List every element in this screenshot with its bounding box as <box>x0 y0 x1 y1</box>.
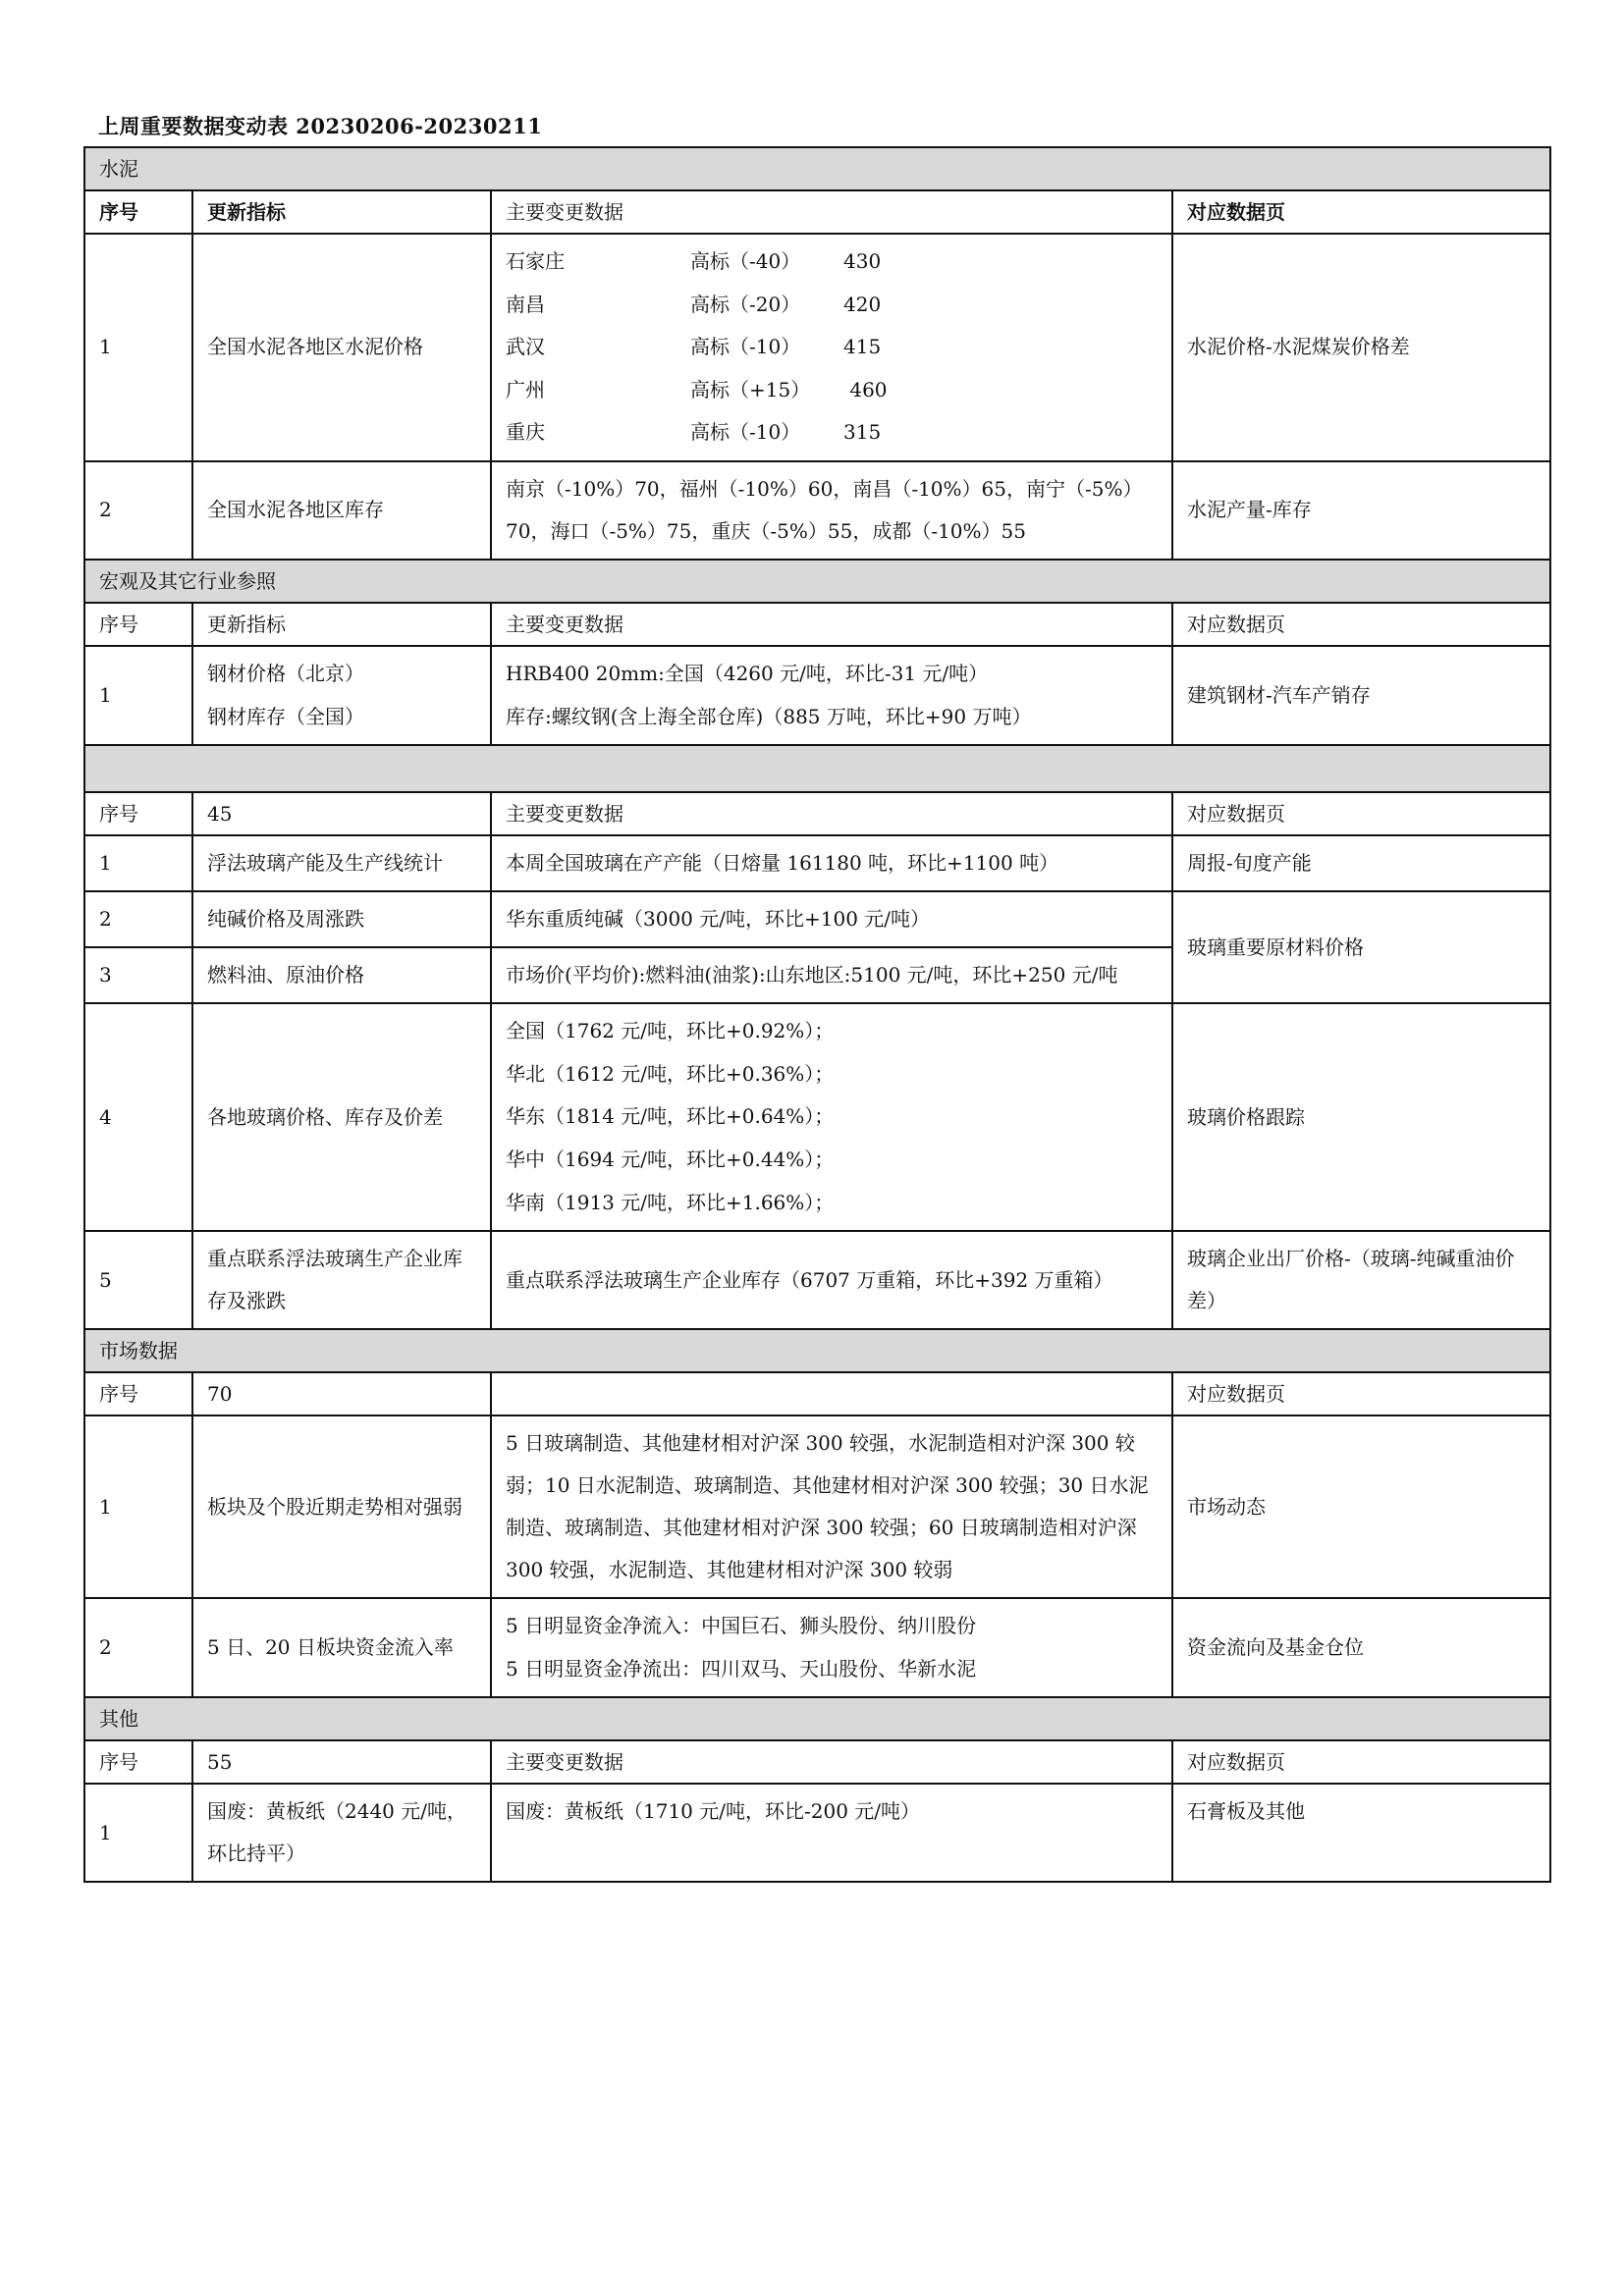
row-page: 市场动态 <box>1172 1415 1550 1598</box>
header-page: 对应数据页 <box>1172 792 1550 835</box>
data-line: 华北（1612 元/吨，环比+0.36%）； <box>506 1053 1158 1096</box>
row-indicator: 纯碱价格及周涨跌 <box>192 891 491 947</box>
section-title: 水泥 <box>84 147 1550 190</box>
city: 广州 <box>506 369 690 412</box>
row-page: 玻璃企业出厂价格-（玻璃-纯碱重油价差） <box>1172 1231 1550 1329</box>
table-row: 2 纯碱价格及周涨跌 华东重质纯碱（3000 元/吨，环比+100 元/吨） 玻… <box>84 891 1550 947</box>
row-indicator: 燃料油、原油价格 <box>192 947 491 1003</box>
grade-change: 高标（-10） <box>690 411 843 454</box>
row-indicator: 板块及个股近期走势相对强弱 <box>192 1415 491 1598</box>
row-no: 1 <box>84 646 192 745</box>
row-no: 3 <box>84 947 192 1003</box>
header-data: 主要变更数据 <box>491 190 1172 234</box>
city: 重庆 <box>506 411 690 454</box>
data-line: 全国（1762 元/吨，环比+0.92%）； <box>506 1010 1158 1053</box>
price: 415 <box>843 326 881 369</box>
row-no: 2 <box>84 1598 192 1697</box>
section-cement: 水泥 <box>84 147 1550 190</box>
price-item: 广州高标（+15） 460 <box>506 369 1158 412</box>
header-indicator: 45 <box>192 792 491 835</box>
row-data: 5 日明显资金净流入：中国巨石、狮头股份、纳川股份 5 日明显资金净流出：四川双… <box>491 1598 1172 1697</box>
row-page: 水泥产量-库存 <box>1172 461 1550 560</box>
table-row: 2 全国水泥各地区库存 南京（-10%）70，福州（-10%）60，南昌（-10… <box>84 461 1550 560</box>
header-indicator: 55 <box>192 1740 491 1784</box>
row-indicator: 浮法玻璃产能及生产线统计 <box>192 835 491 891</box>
data-line: 5 日明显资金净流入：中国巨石、狮头股份、纳川股份 <box>506 1605 1158 1648</box>
row-indicator: 重点联系浮法玻璃生产企业库存及涨跌 <box>192 1231 491 1329</box>
header-page: 对应数据页 <box>1172 603 1550 646</box>
row-page: 玻璃价格跟踪 <box>1172 1003 1550 1231</box>
row-data: 5 日玻璃制造、其他建材相对沪深 300 较强，水泥制造相对沪深 300 较弱；… <box>491 1415 1172 1598</box>
price-item: 南昌高标（-20）420 <box>506 284 1158 327</box>
section-title: 宏观及其它行业参照 <box>84 560 1550 603</box>
row-no: 1 <box>84 1784 192 1882</box>
row-page: 石膏板及其他 <box>1172 1784 1550 1882</box>
header-no: 序号 <box>84 190 192 234</box>
header-data <box>491 1372 1172 1415</box>
table-row: 2 5 日、20 日板块资金流入率 5 日明显资金净流入：中国巨石、狮头股份、纳… <box>84 1598 1550 1697</box>
data-line: 5 日明显资金净流出：四川双马、天山股份、华新水泥 <box>506 1648 1158 1691</box>
header-data: 主要变更数据 <box>491 603 1172 646</box>
header-no: 序号 <box>84 603 192 646</box>
row-indicator: 5 日、20 日板块资金流入率 <box>192 1598 491 1697</box>
section-title: 市场数据 <box>84 1329 1550 1372</box>
document-title: 上周重要数据变动表 20230206-20230211 <box>98 111 542 140</box>
price: 430 <box>843 240 881 284</box>
row-data: 南京（-10%）70，福州（-10%）60，南昌（-10%）65，南宁（-5%）… <box>491 461 1172 560</box>
header-row: 序号 70 对应数据页 <box>84 1372 1550 1415</box>
row-indicator: 全国水泥各地区水泥价格 <box>192 234 491 461</box>
row-data: 国废：黄板纸（1710 元/吨，环比-200 元/吨） <box>491 1784 1172 1882</box>
row-indicator: 各地玻璃价格、库存及价差 <box>192 1003 491 1231</box>
price-item: 重庆高标（-10）315 <box>506 411 1158 454</box>
header-no: 序号 <box>84 1372 192 1415</box>
indicator-line: 钢材价格（北京） <box>207 653 476 696</box>
row-data: 全国（1762 元/吨，环比+0.92%）； 华北（1612 元/吨，环比+0.… <box>491 1003 1172 1231</box>
header-no: 序号 <box>84 792 192 835</box>
table-row: 1 全国水泥各地区水泥价格 石家庄高标（-40）430 南昌高标（-20）420… <box>84 234 1550 461</box>
row-indicator: 钢材价格（北京） 钢材库存（全国） <box>192 646 491 745</box>
price: 420 <box>843 284 881 327</box>
row-page: 资金流向及基金仓位 <box>1172 1598 1550 1697</box>
row-page: 建筑钢材-汽车产销存 <box>1172 646 1550 745</box>
data-line: 华中（1694 元/吨，环比+0.44%）； <box>506 1139 1158 1182</box>
header-page: 对应数据页 <box>1172 1740 1550 1784</box>
section-title: 其他 <box>84 1697 1550 1740</box>
grade-change: 高标（-10） <box>690 326 843 369</box>
data-line: 库存:螺纹钢(含上海全部仓库)（885 万吨，环比+90 万吨） <box>506 696 1158 739</box>
header-indicator: 更新指标 <box>192 603 491 646</box>
price: 315 <box>843 411 881 454</box>
price-item: 武汉高标（-10）415 <box>506 326 1158 369</box>
header-indicator: 更新指标 <box>192 190 491 234</box>
table-row: 5 重点联系浮法玻璃生产企业库存及涨跌 重点联系浮法玻璃生产企业库存（6707 … <box>84 1231 1550 1329</box>
grade-change: 高标（-20） <box>690 284 843 327</box>
city: 石家庄 <box>506 240 690 284</box>
header-indicator: 70 <box>192 1372 491 1415</box>
row-page: 水泥价格-水泥煤炭价格差 <box>1172 234 1550 461</box>
row-page: 玻璃重要原材料价格 <box>1172 891 1550 1003</box>
row-no: 2 <box>84 461 192 560</box>
grade-change: 高标（-40） <box>690 240 843 284</box>
header-row: 序号 55 主要变更数据 对应数据页 <box>84 1740 1550 1784</box>
data-line: HRB400 20mm:全国（4260 元/吨，环比-31 元/吨） <box>506 653 1158 696</box>
weekly-data-change-table: 水泥 序号 更新指标 主要变更数据 对应数据页 1 全国水泥各地区水泥价格 石家… <box>83 146 1551 1883</box>
row-no: 5 <box>84 1231 192 1329</box>
row-data: 石家庄高标（-40）430 南昌高标（-20）420 武汉高标（-10）415 … <box>491 234 1172 461</box>
section-title <box>84 745 1550 792</box>
table-row: 1 国废：黄板纸（2440 元/吨，环比持平） 国废：黄板纸（1710 元/吨，… <box>84 1784 1550 1882</box>
price: 460 <box>843 369 888 412</box>
header-page: 对应数据页 <box>1172 190 1550 234</box>
header-row: 序号 更新指标 主要变更数据 对应数据页 <box>84 603 1550 646</box>
header-page: 对应数据页 <box>1172 1372 1550 1415</box>
header-no: 序号 <box>84 1740 192 1784</box>
row-data: 市场价(平均价):燃料油(油浆):山东地区:5100 元/吨，环比+250 元/… <box>491 947 1172 1003</box>
city: 武汉 <box>506 326 690 369</box>
price-item: 石家庄高标（-40）430 <box>506 240 1158 284</box>
table-row: 1 钢材价格（北京） 钢材库存（全国） HRB400 20mm:全国（4260 … <box>84 646 1550 745</box>
section-macro: 宏观及其它行业参照 <box>84 560 1550 603</box>
section-market: 市场数据 <box>84 1329 1550 1372</box>
row-page: 周报-旬度产能 <box>1172 835 1550 891</box>
row-no: 1 <box>84 234 192 461</box>
section-other: 其他 <box>84 1697 1550 1740</box>
row-data: HRB400 20mm:全国（4260 元/吨，环比-31 元/吨） 库存:螺纹… <box>491 646 1172 745</box>
row-data: 重点联系浮法玻璃生产企业库存（6707 万重箱，环比+392 万重箱） <box>491 1231 1172 1329</box>
row-no: 2 <box>84 891 192 947</box>
row-no: 1 <box>84 1415 192 1598</box>
row-no: 4 <box>84 1003 192 1231</box>
table-row: 4 各地玻璃价格、库存及价差 全国（1762 元/吨，环比+0.92%）； 华北… <box>84 1003 1550 1231</box>
data-line: 华南（1913 元/吨，环比+1.66%）； <box>506 1182 1158 1225</box>
row-indicator: 国废：黄板纸（2440 元/吨，环比持平） <box>192 1784 491 1882</box>
table-row: 1 浮法玻璃产能及生产线统计 本周全国玻璃在产产能（日熔量 161180 吨，环… <box>84 835 1550 891</box>
row-data: 本周全国玻璃在产产能（日熔量 161180 吨，环比+1100 吨） <box>491 835 1172 891</box>
indicator-line: 钢材库存（全国） <box>207 696 476 739</box>
row-no: 1 <box>84 835 192 891</box>
row-data: 华东重质纯碱（3000 元/吨，环比+100 元/吨） <box>491 891 1172 947</box>
header-data: 主要变更数据 <box>491 1740 1172 1784</box>
table-row: 1 板块及个股近期走势相对强弱 5 日玻璃制造、其他建材相对沪深 300 较强，… <box>84 1415 1550 1598</box>
row-indicator: 全国水泥各地区库存 <box>192 461 491 560</box>
city: 南昌 <box>506 284 690 327</box>
data-line: 华东（1814 元/吨，环比+0.64%）； <box>506 1095 1158 1139</box>
header-row: 序号 45 主要变更数据 对应数据页 <box>84 792 1550 835</box>
section-glass <box>84 745 1550 792</box>
grade-change: 高标（+15） <box>690 369 843 412</box>
header-data: 主要变更数据 <box>491 792 1172 835</box>
header-row: 序号 更新指标 主要变更数据 对应数据页 <box>84 190 1550 234</box>
